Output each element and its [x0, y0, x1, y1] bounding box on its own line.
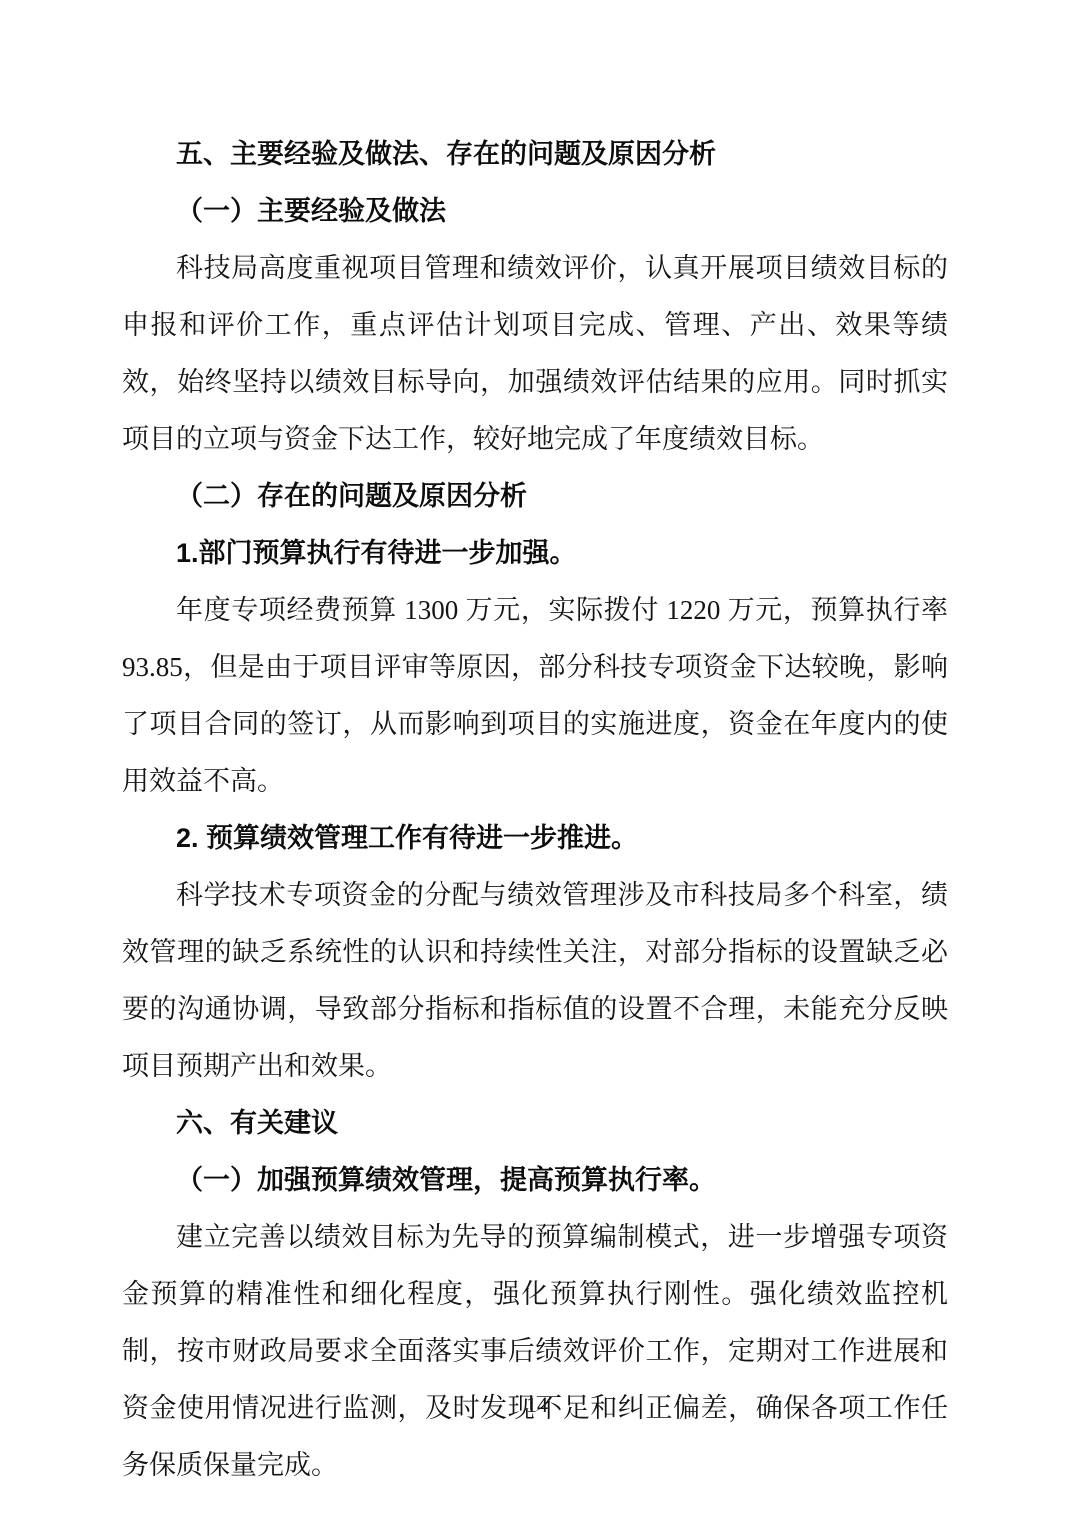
document-body: 五、主要经验及做法、存在的问题及原因分析（一）主要经验及做法科技局高度重视项目管…	[122, 126, 948, 1494]
section-heading: （一）加强预算绩效管理，提高预算执行率。	[122, 1152, 948, 1209]
section-heading: 五、主要经验及做法、存在的问题及原因分析	[122, 126, 948, 183]
paragraph: 科技局高度重视项目管理和绩效评价，认真开展项目绩效目标的申报和评价工作，重点评估…	[122, 240, 948, 468]
section-heading: 1.部门预算执行有待进一步加强。	[122, 525, 948, 582]
paragraph: 科学技术专项资金的分配与绩效管理涉及市科技局多个科室，绩效管理的缺乏系统性的认识…	[122, 867, 948, 1095]
section-heading: （一）主要经验及做法	[122, 183, 948, 240]
document-page: 五、主要经验及做法、存在的问题及原因分析（一）主要经验及做法科技局高度重视项目管…	[0, 0, 1074, 1520]
paragraph: 年度专项经费预算 1300 万元，实际拨付 1220 万元，预算执行率 93.8…	[122, 582, 948, 810]
page-number: 14	[0, 1390, 1074, 1420]
section-heading: 2. 预算绩效管理工作有待进一步推进。	[122, 810, 948, 867]
section-heading: 六、有关建议	[122, 1095, 948, 1152]
paragraph: 建立完善以绩效目标为先导的预算编制模式，进一步增强专项资金预算的精准性和细化程度…	[122, 1209, 948, 1494]
section-heading: （二）存在的问题及原因分析	[122, 468, 948, 525]
